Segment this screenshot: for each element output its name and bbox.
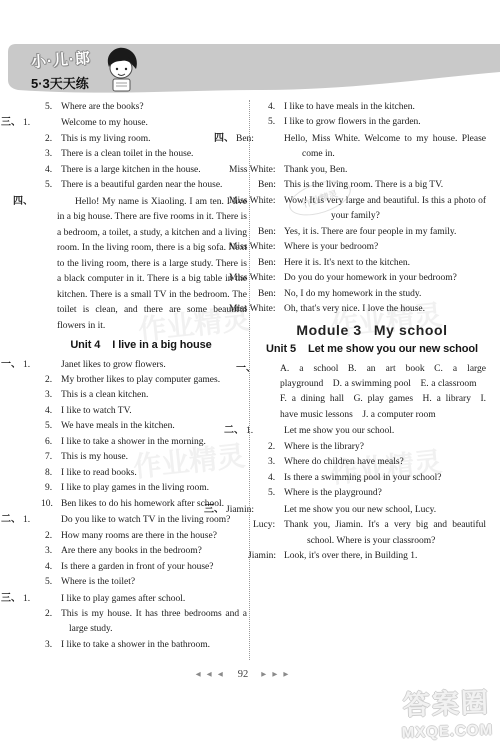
item-number: 4. <box>280 100 284 115</box>
page-footer: ◀ ◀ ◀ 92 ▶ ▶ ▶ <box>0 664 486 682</box>
answer-line: 5.I like to grow flowers in the garden. <box>258 115 486 130</box>
answer-line: 2.This is my house. It has three bedroom… <box>35 607 247 638</box>
answer-line: 二、1.Let me show you our school. <box>258 423 486 439</box>
item-number: 3. <box>280 455 284 470</box>
item-number: 8. <box>57 466 61 481</box>
dialog-line: Jiamin:Look, it's over there, in Buildin… <box>258 549 486 564</box>
answer-line: 3.This is a clean kitchen. <box>35 388 247 403</box>
section-marker: 一、 <box>258 361 280 376</box>
answer-line: 4.Is there a swimming pool in your schoo… <box>258 471 486 486</box>
answer-line: 三、1.I like to play games after school. <box>35 591 247 607</box>
answer-line: 三、1.Welcome to my house. <box>35 115 247 131</box>
item-number: 9. <box>57 481 61 496</box>
answer-column-right: 4.I like to have meals in the kitchen.5.… <box>258 100 486 565</box>
section-marker: 三、 <box>35 115 57 130</box>
answer-line: 5.Where is the toilet? <box>35 575 247 590</box>
boy-mascot-icon <box>101 45 141 95</box>
unit-title: I live in a big house <box>112 339 211 351</box>
workbook-page: 小·儿·郎 5·3天天练 作业精灵 作业精灵 作业精灵 作业精灵 作业精灵 5.… <box>0 0 500 746</box>
dialog-line: Miss White:Wow! It is very large and bea… <box>258 194 486 225</box>
answer-line: 2.How many rooms are there in the house? <box>35 529 247 544</box>
item-number: 2. <box>57 373 61 388</box>
dialog-line: Ben:Here it is. It's next to the kitchen… <box>258 256 486 271</box>
answer-column-left: 5.Where are the books?三、1.Welcome to my … <box>35 100 247 653</box>
brand-subtitle: 5·3天天练 <box>31 73 91 92</box>
site-watermark-url: MXQE.COM <box>401 721 493 741</box>
answer-line: 2.Where is the library? <box>258 440 486 455</box>
answer-line: 5.There is a beautiful garden near the h… <box>35 178 247 193</box>
item-number: 3. <box>57 544 61 559</box>
item-number: 2. <box>57 529 61 544</box>
item-number: 1. <box>57 513 61 528</box>
answer-line: 7.This is my house. <box>35 450 247 465</box>
module-label: Module 3 <box>296 322 361 338</box>
speaker-name: Miss White: <box>280 302 284 317</box>
speaker-name: Miss White: <box>280 240 284 255</box>
item-number: 3. <box>57 638 61 653</box>
answer-line: 3.Are there any books in the bedroom? <box>35 544 247 559</box>
section-marker: 四、 <box>258 131 280 146</box>
answer-line: 9.I like to play games in the living roo… <box>35 481 247 496</box>
answer-line: 一、A. a school B. an art book C. a large … <box>258 361 486 424</box>
item-number: 1. <box>57 116 61 131</box>
page-number: 92 <box>238 669 249 680</box>
item-number: 1. <box>57 592 61 607</box>
item-number: 6. <box>57 435 61 450</box>
answer-line: 5.Where are the books? <box>35 100 247 115</box>
answer-line: 4.I like to have meals in the kitchen. <box>258 100 486 115</box>
unit-label: Unit 4 <box>70 339 100 351</box>
speaker-name: Jiamin: <box>280 549 284 564</box>
answer-line: 2.My brother likes to play computer game… <box>35 373 247 388</box>
item-number: 2. <box>280 440 284 455</box>
answer-line: 3.Where do children have meals? <box>258 455 486 470</box>
dialog-line: Miss White:Thank you, Ben. <box>258 163 486 178</box>
answer-line: 6.I like to take a shower in the morning… <box>35 435 247 450</box>
brand-title: 小·儿·郎 <box>30 47 91 72</box>
speaker-name: Ben: <box>280 287 284 302</box>
item-number: 4. <box>57 404 61 419</box>
prev-pages-icon: ◀ ◀ ◀ <box>196 670 225 678</box>
dialog-line: Ben:Yes, it is. There are four people in… <box>258 225 486 240</box>
section-marker: 二、 <box>258 423 280 438</box>
item-number: 5. <box>57 100 61 115</box>
section-marker: 一、 <box>35 357 57 372</box>
item-number: 5. <box>57 575 61 590</box>
dialog-line: Ben:This is the living room. There is a … <box>258 178 486 193</box>
speaker-name: Miss White: <box>280 163 284 178</box>
item-number: 5. <box>280 115 284 130</box>
item-number: 1. <box>280 424 284 439</box>
section-marker: 三、 <box>35 591 57 606</box>
answer-line: 5.Where is the playground? <box>258 486 486 501</box>
item-number: 10. <box>57 497 61 512</box>
item-number: 7. <box>57 450 61 465</box>
item-number: 4. <box>57 560 61 575</box>
unit-label: Unit 5 <box>266 343 296 355</box>
answer-line: 4.Is there a garden in front of your hou… <box>35 560 247 575</box>
module-title: My school <box>374 322 448 338</box>
dialog-line: Miss White:Do you do your homework in yo… <box>258 271 486 286</box>
answer-line: 8.I like to read books. <box>35 466 247 481</box>
speaker-name: Jiamin: <box>280 503 284 518</box>
item-number: 5. <box>280 486 284 501</box>
item-number: 3. <box>57 388 61 403</box>
dialog-line: 四、Ben:Hello, Miss White. Welcome to my h… <box>258 131 486 163</box>
site-watermark: 答案圈 MXQE.COM <box>400 680 493 741</box>
column-divider <box>249 100 250 660</box>
answer-line: 3.There is a clean toilet in the house. <box>35 147 247 162</box>
brand-logo: 小·儿·郎 5·3天天练 <box>31 49 91 92</box>
speaker-name: Miss White: <box>280 271 284 286</box>
speaker-name: Lucy: <box>280 518 284 533</box>
section-marker: 二、 <box>35 512 57 527</box>
unit-heading: Unit 5Let me show you our new school <box>258 342 486 357</box>
dialog-line: Lucy:Thank you, Jiamin. It's a very big … <box>258 518 486 549</box>
module-heading: Module 3My school <box>258 323 486 338</box>
item-number: 4. <box>57 163 61 178</box>
item-number: 4. <box>280 471 284 486</box>
answer-line: 四、Hello! My name is Xiaoling. I am ten. … <box>35 194 247 334</box>
answer-line: 5.We have meals in the kitchen. <box>35 419 247 434</box>
dialog-line: 三、Jiamin:Let me show you our new school,… <box>258 502 486 518</box>
item-number: 2. <box>57 607 61 622</box>
section-marker: 三、 <box>258 502 280 517</box>
unit-title: Let me show you our new school <box>308 343 478 355</box>
site-watermark-brand: 答案圈 <box>400 680 493 722</box>
answer-line: 3.I like to take a shower in the bathroo… <box>35 638 247 653</box>
section-marker: 四、 <box>35 194 57 209</box>
dialog-line: Ben:No, I do my homework in the study. <box>258 287 486 302</box>
item-number: 3. <box>57 147 61 162</box>
item-number: 5. <box>57 178 61 193</box>
item-number: 5. <box>57 419 61 434</box>
header-banner: 小·儿·郎 5·3天天练 <box>0 0 500 100</box>
next-pages-icon: ▶ ▶ ▶ <box>261 670 290 678</box>
speaker-name: Ben: <box>280 256 284 271</box>
dialog-line: Miss White:Where is your bedroom? <box>258 240 486 255</box>
unit-heading: Unit 4I live in a big house <box>35 338 247 353</box>
item-number: 2. <box>57 132 61 147</box>
answer-line: 4.I like to watch TV. <box>35 404 247 419</box>
speaker-name: Miss White: <box>280 194 284 209</box>
speaker-name: Ben: <box>280 178 284 193</box>
answer-line: 一、1.Janet likes to grow flowers. <box>35 357 247 373</box>
speaker-name: Ben: <box>280 225 284 240</box>
answer-line: 4.There is a large kitchen in the house. <box>35 163 247 178</box>
item-number: 1. <box>57 358 61 373</box>
dialog-line: Miss White:Oh, that's very nice. I love … <box>258 302 486 317</box>
speaker-name: Ben: <box>280 132 284 147</box>
